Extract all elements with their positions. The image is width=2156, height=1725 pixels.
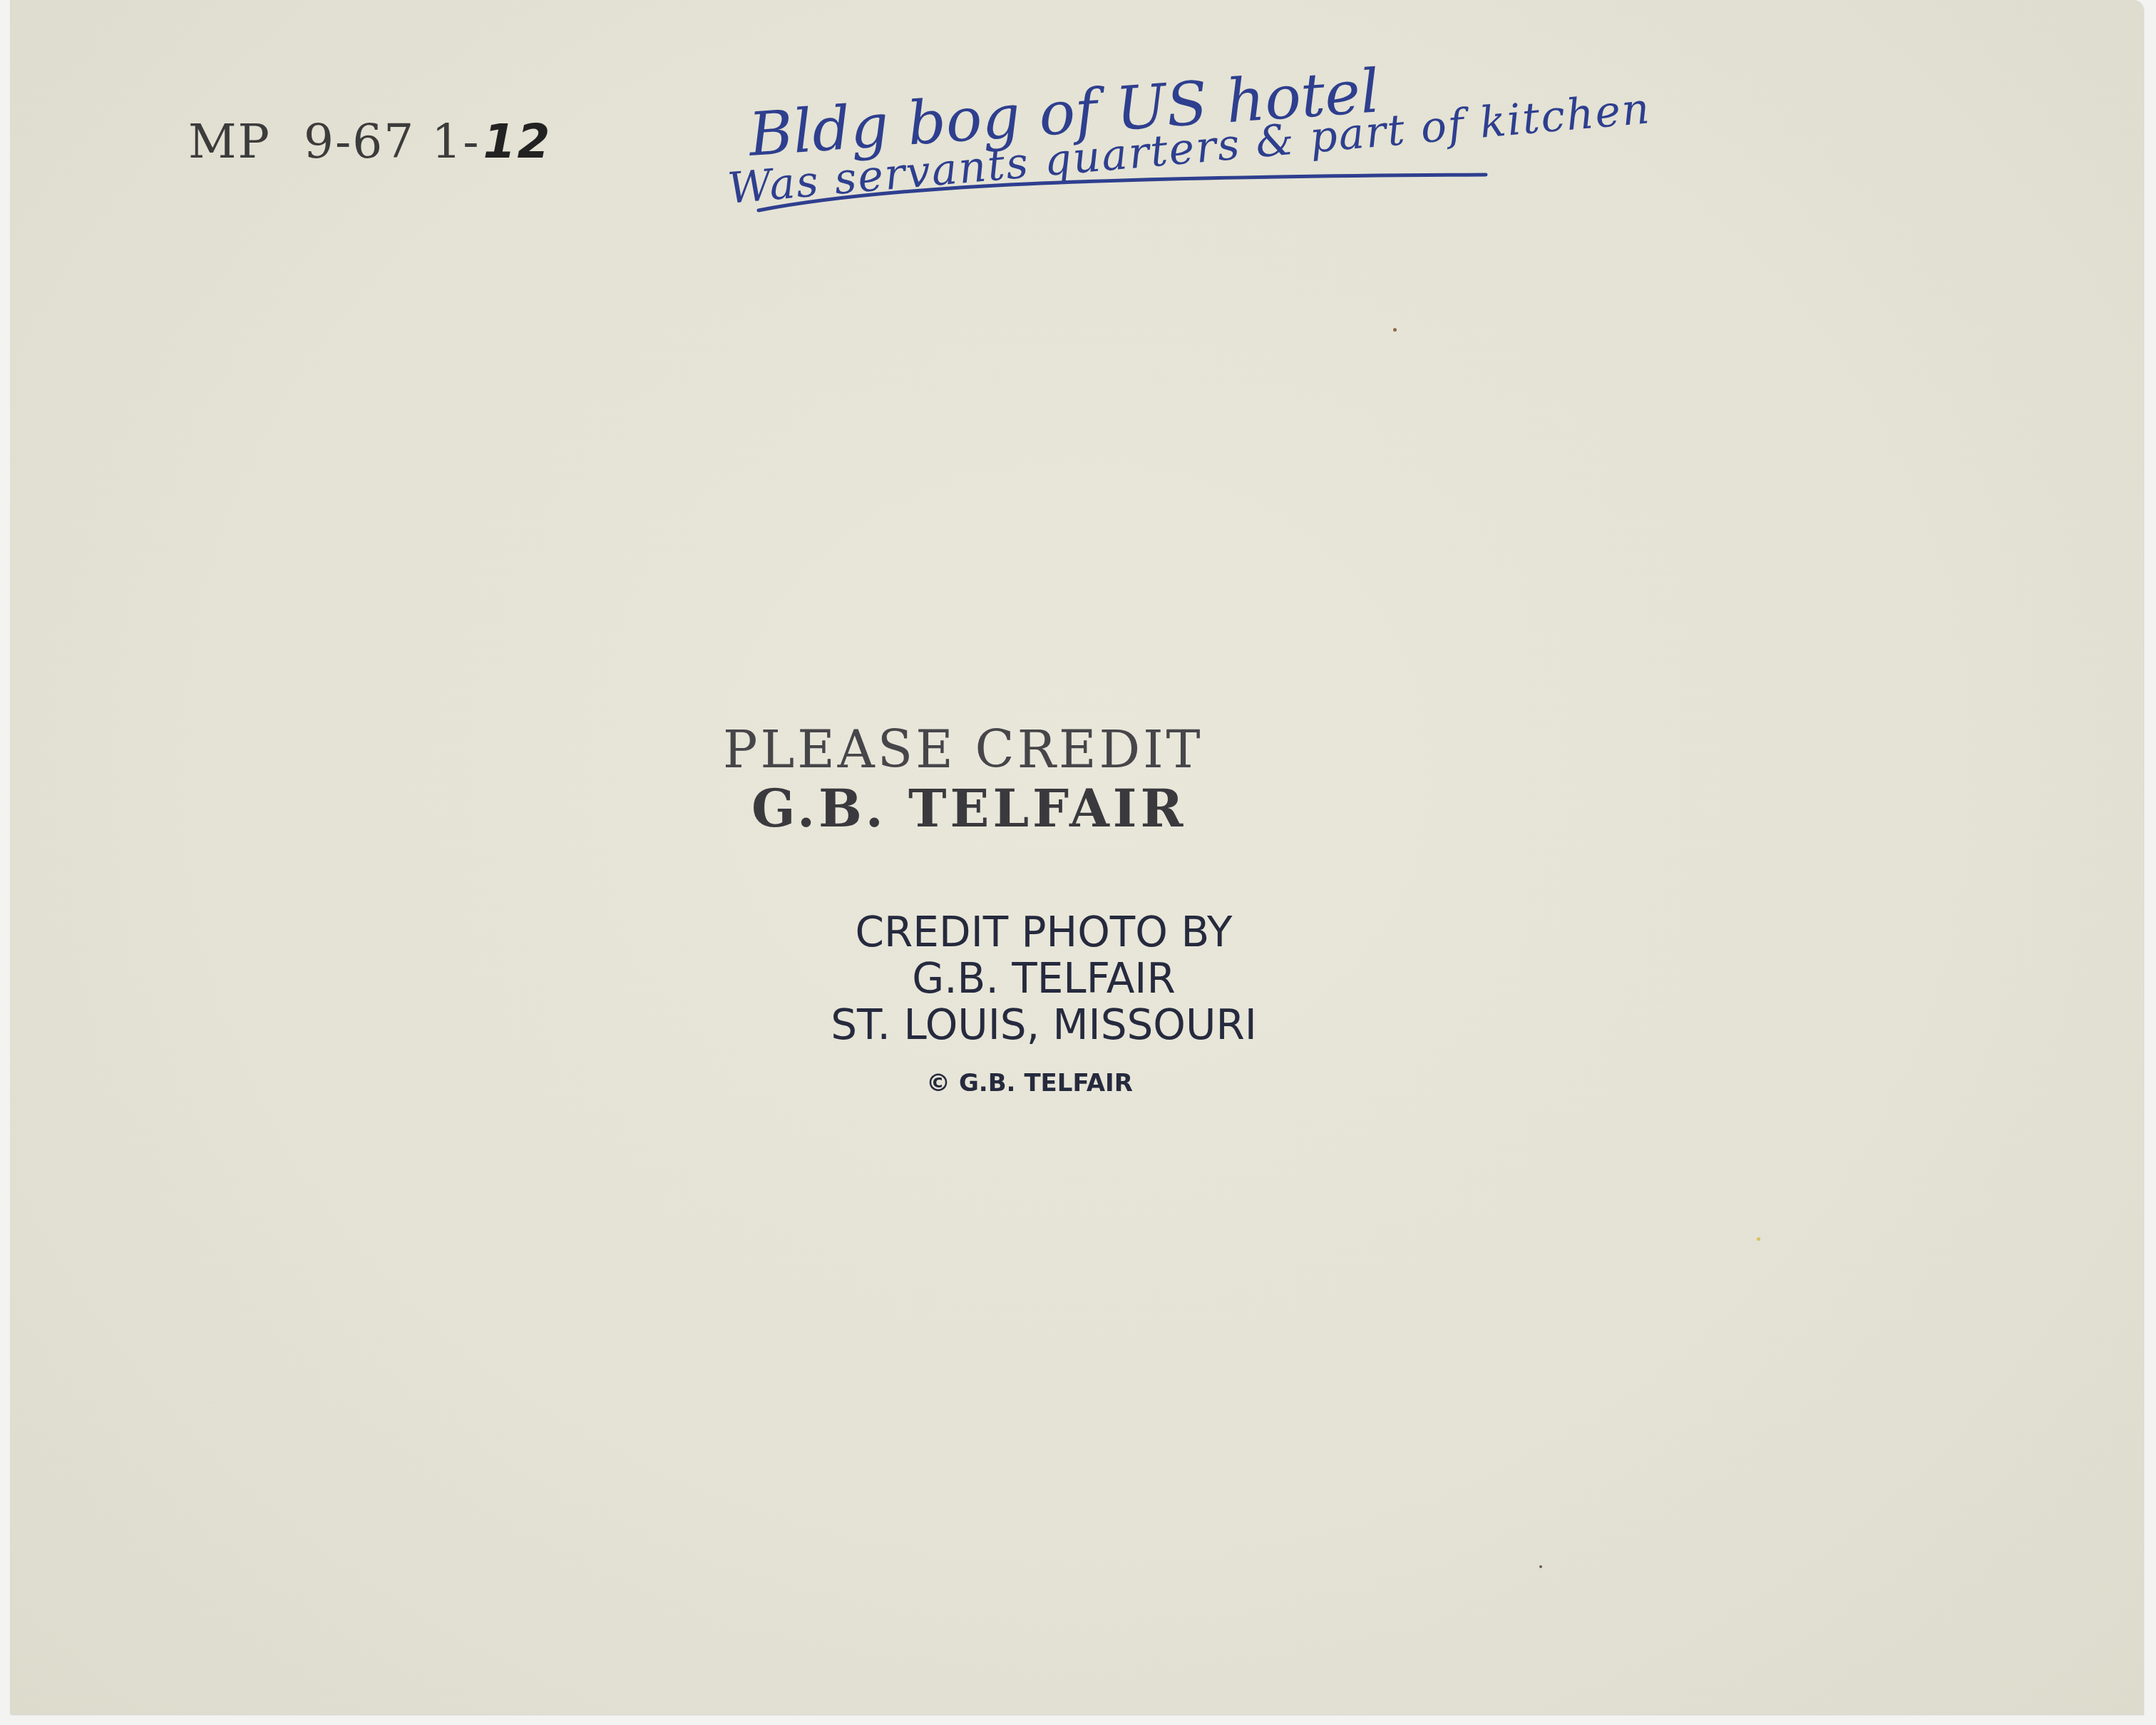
credit-photo-by-text: CREDIT PHOTO BY: [816, 909, 1272, 956]
catalog-sequence-handwritten: 12: [483, 114, 552, 169]
please-credit-name: G.B. TELFAIR: [751, 779, 1203, 839]
paper-speck: [1393, 328, 1397, 332]
please-credit-stamp: PLEASE CREDIT G.B. TELFAIR: [723, 720, 1203, 839]
please-credit-text: PLEASE CREDIT: [723, 720, 1203, 779]
catalog-prefix: MP: [188, 114, 271, 169]
paper-speck: [1539, 1565, 1542, 1568]
paper-speck: [1757, 1237, 1760, 1241]
catalog-sequence-typed: 1-: [431, 114, 480, 169]
copyright-notice: © G.B. TELFAIR: [787, 1070, 1272, 1097]
credit-photo-stamp: CREDIT PHOTO BY G.B. TELFAIR ST. LOUIS, …: [816, 909, 1272, 1097]
typed-catalog-label: MP 9-67 1-12: [188, 114, 551, 169]
catalog-number: 9-67: [304, 114, 415, 169]
credit-photo-name: G.B. TELFAIR: [816, 956, 1272, 1002]
photo-back-paper: MP 9-67 1-12 Bldg bog of US hotel Was se…: [10, 0, 2143, 1714]
credit-photo-location: ST. LOUIS, MISSOURI: [816, 1002, 1272, 1048]
